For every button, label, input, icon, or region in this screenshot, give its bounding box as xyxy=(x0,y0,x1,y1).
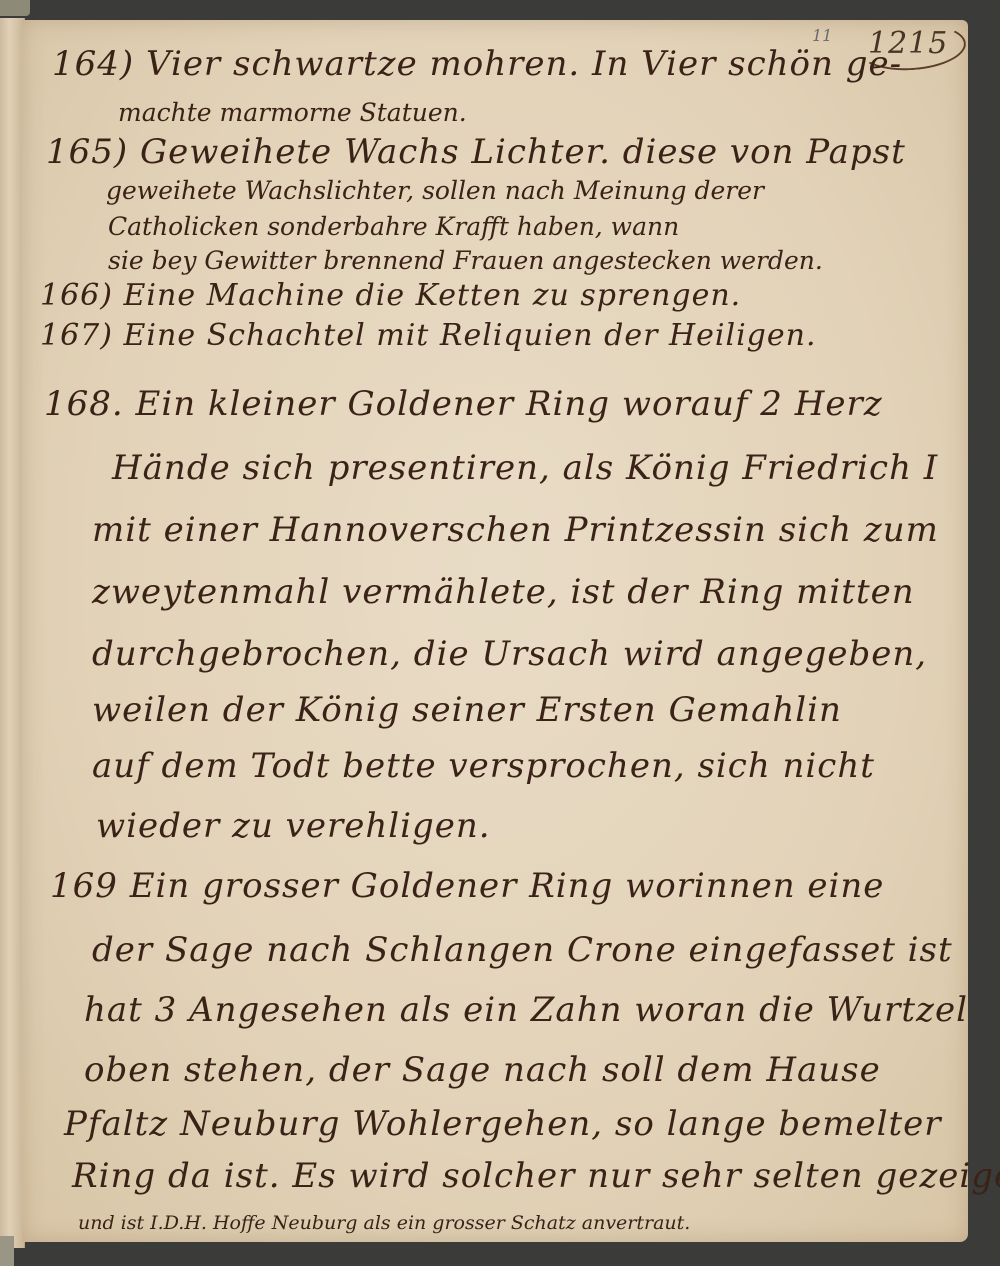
binding-cap-bottom xyxy=(0,1236,14,1266)
entry-169-line-2: der Sage nach Schlangen Crone eingefasse… xyxy=(92,930,953,970)
entry-number: 164) xyxy=(52,44,134,84)
entry-168-line-8: wieder zu verehligen. xyxy=(96,806,491,846)
entry-text: Ein kleiner Goldener Ring worauf 2 Herz xyxy=(136,384,883,424)
entry-165-line-3: Catholicken sonderbahre Krafft haben, wa… xyxy=(108,212,679,241)
entry-number: 168. xyxy=(44,384,124,424)
entry-166-line-1: 166) Eine Machine die Ketten zu sprengen… xyxy=(40,278,741,313)
entry-169-line-4: oben stehen, der Sage nach soll dem Haus… xyxy=(84,1050,881,1090)
entry-168-line-1: 168. Ein kleiner Goldener Ring worauf 2 … xyxy=(44,384,883,424)
entry-164-line-1: 164) Vier schwartze mohren. In Vier schö… xyxy=(52,44,902,84)
entry-168-line-2: Hände sich presentiren, als König Friedr… xyxy=(112,448,938,488)
entry-169-line-3: hat 3 Angesehen als ein Zahn woran die W… xyxy=(84,990,968,1030)
entry-169-line-6: Ring da ist. Es wird solcher nur sehr se… xyxy=(72,1156,1000,1196)
footnote-line: und ist I.D.H. Hoffe Neuburg als ein gro… xyxy=(78,1212,690,1234)
entry-165-line-2: geweihete Wachslichter, sollen nach Mein… xyxy=(106,176,764,205)
entry-165-line-4: sie bey Gewitter brennend Frauen angeste… xyxy=(108,246,823,275)
entry-number: 166) xyxy=(40,278,113,313)
folio-mark: 11 xyxy=(812,26,832,45)
entry-number: 167) xyxy=(40,318,113,353)
entry-168-line-5: durchgebrochen, die Ursach wird angegebe… xyxy=(92,634,927,674)
binding-cap-top xyxy=(0,0,30,16)
entry-168-line-7: auf dem Todt bette versprochen, sich nic… xyxy=(92,746,875,786)
entry-text: Eine Schachtel mit Reliquien der Heilige… xyxy=(124,318,817,353)
entry-169-line-5: Pfaltz Neuburg Wohlergehen, so lange bem… xyxy=(64,1104,942,1144)
entry-number: 169 xyxy=(50,866,118,906)
entry-168-line-6: weilen der König seiner Ersten Gemahlin xyxy=(92,690,842,730)
entry-164-line-2: machte marmorne Statuen. xyxy=(118,98,467,127)
entry-165-line-1: 165) Geweihete Wachs Lichter. diese von … xyxy=(46,132,906,172)
entry-168-line-4: zweytenmahl vermählete, ist der Ring mit… xyxy=(92,572,915,612)
entry-168-line-3: mit einer Hannoverschen Printzessin sich… xyxy=(92,510,939,550)
entry-text: Geweihete Wachs Lichter. diese von Papst xyxy=(140,132,906,172)
entry-text: Eine Machine die Ketten zu sprengen. xyxy=(124,278,742,313)
entry-number: 165) xyxy=(46,132,128,172)
entry-167-line-1: 167) Eine Schachtel mit Reliquien der He… xyxy=(40,318,817,353)
entry-text: Ein grosser Goldener Ring worinnen eine xyxy=(130,866,885,906)
entry-169-line-1: 169 Ein grosser Goldener Ring worinnen e… xyxy=(50,866,884,906)
entry-text: Vier schwartze mohren. In Vier schön ge- xyxy=(146,44,902,84)
